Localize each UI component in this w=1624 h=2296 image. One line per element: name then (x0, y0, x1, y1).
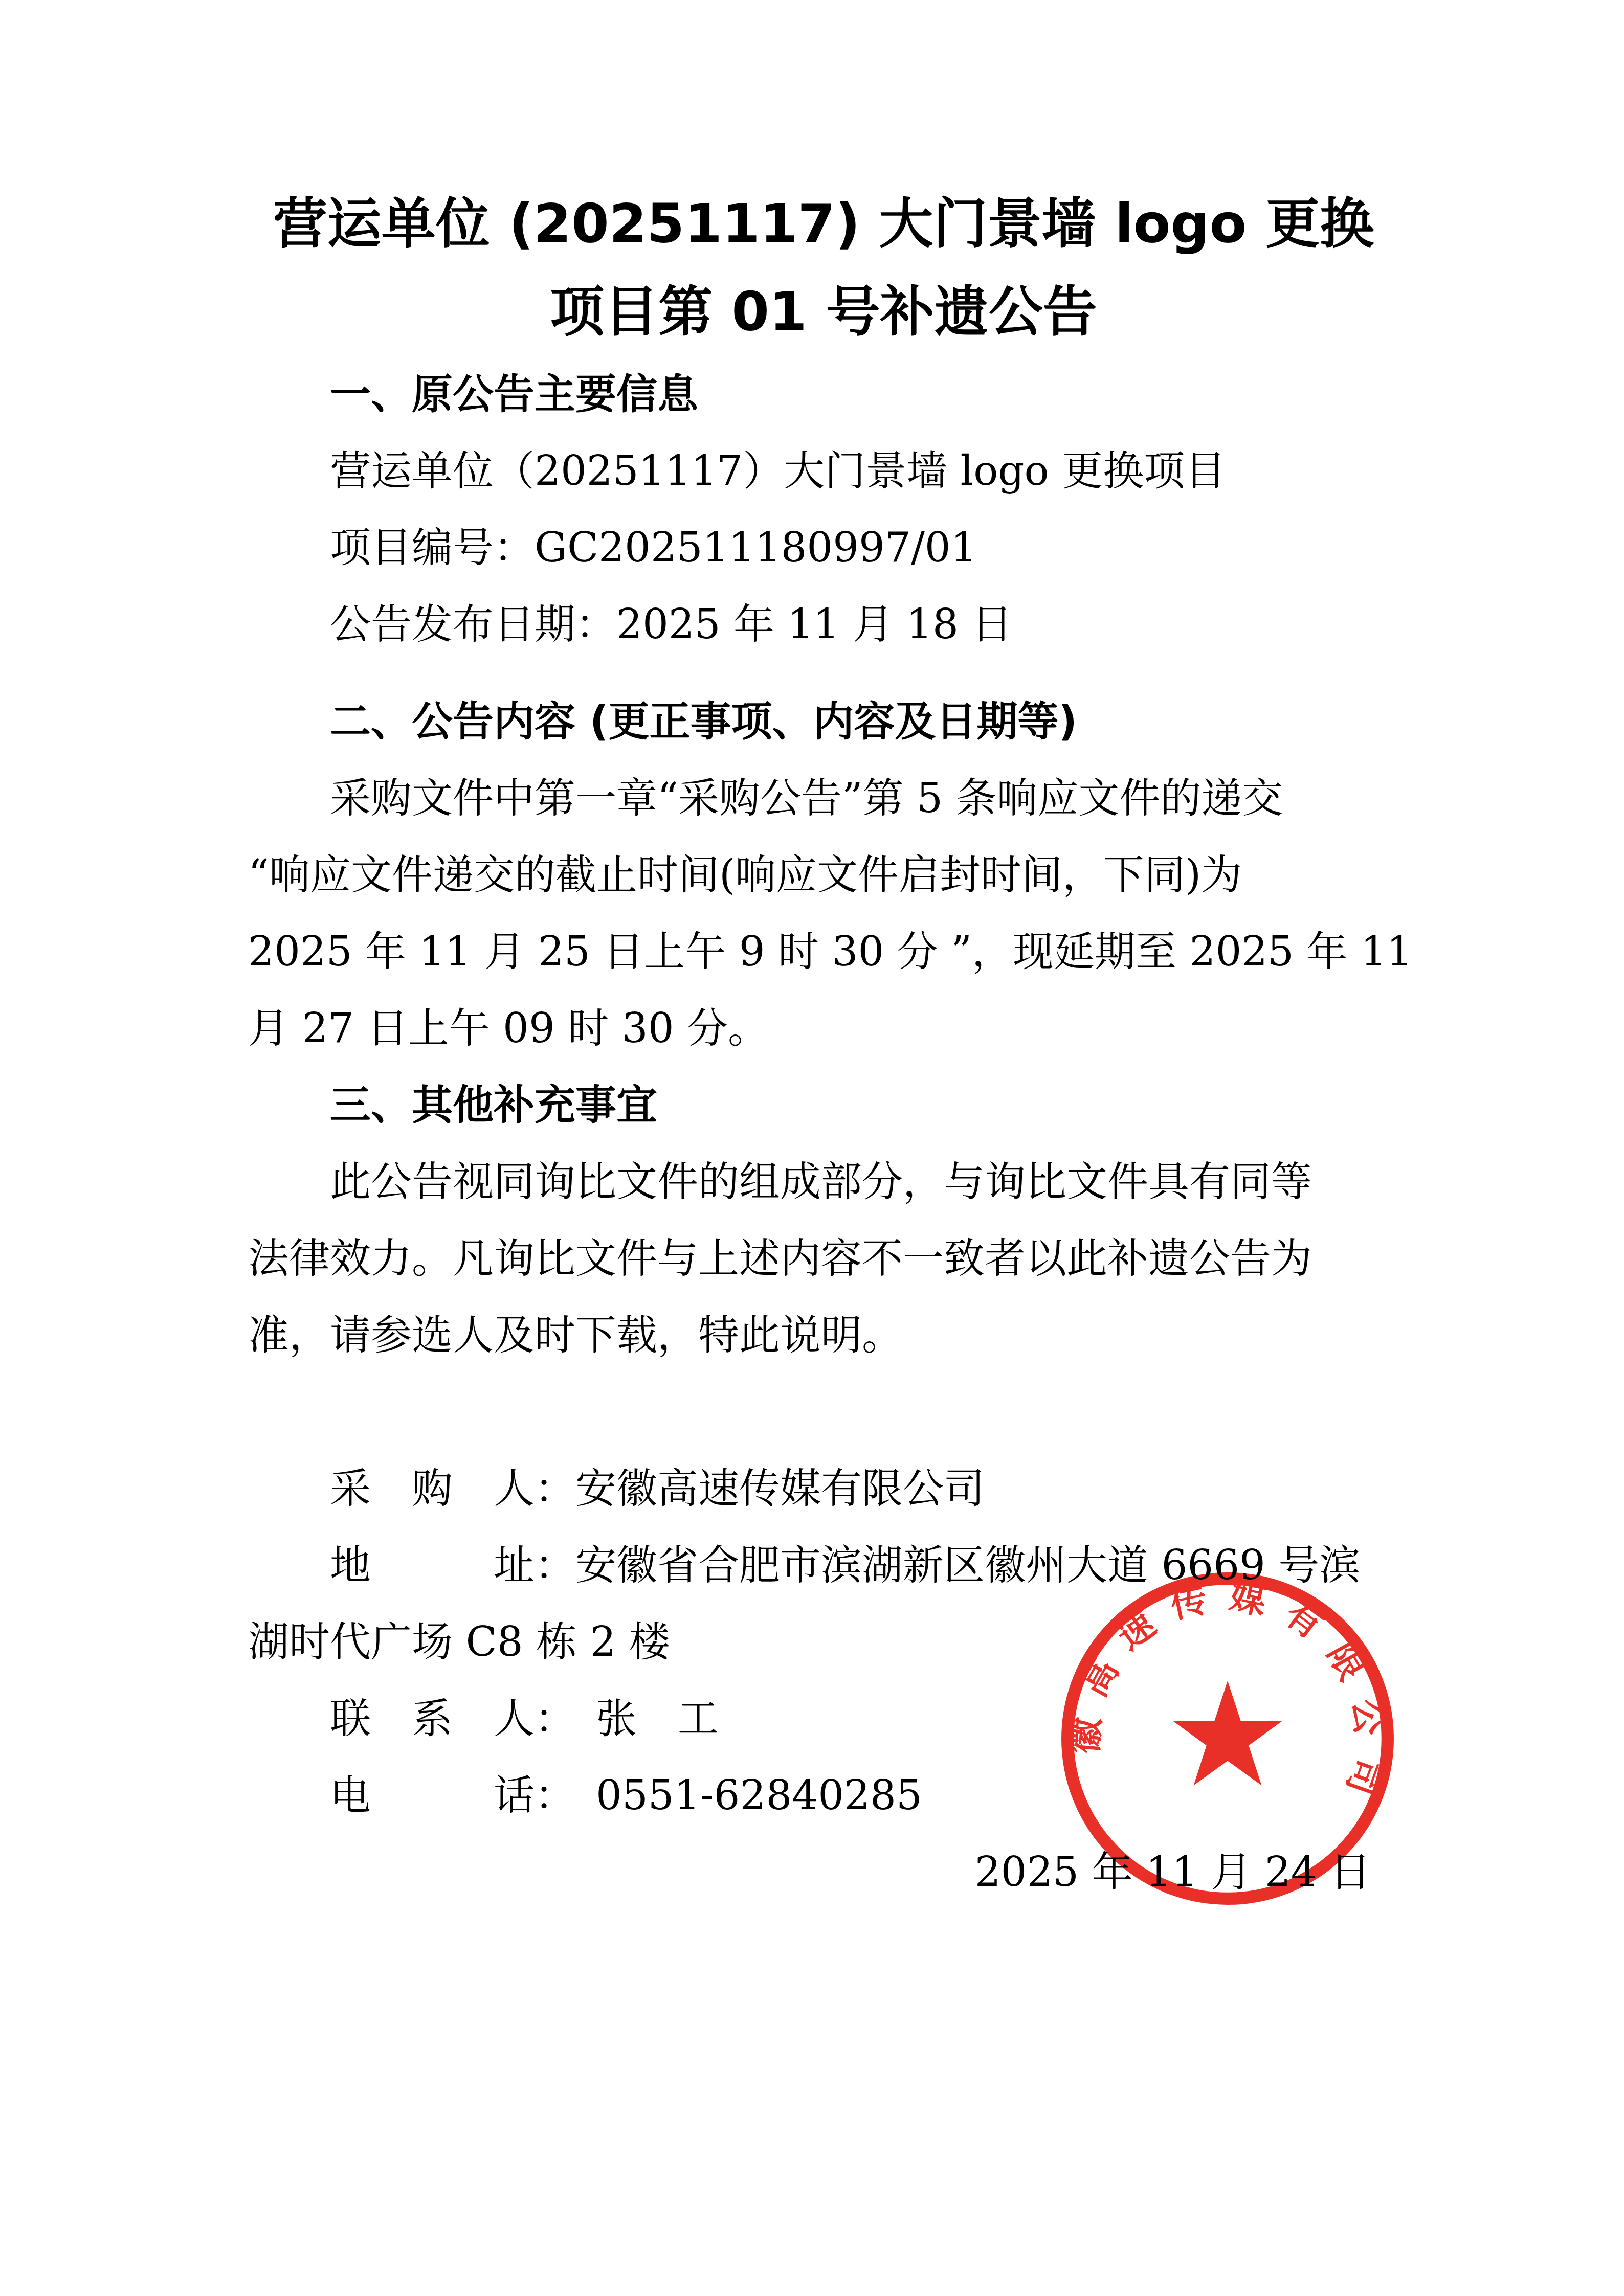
section2-heading: 二、公告内容 (更正事项、内容及日期等) (248, 683, 1399, 760)
section2-paragraph-line: 2025 年 11 月 25 日上午 9 时 30 分 ”，现延期至 2025 … (248, 913, 1399, 990)
document-page: 营运单位 (20251117) 大门景墙 logo 更换 项目第 01 号补遗公… (0, 0, 1624, 2296)
section3-paragraph-line: 法律效力。凡询比文件与上述内容不一致者以此补遗公告为 (248, 1220, 1399, 1297)
section2-paragraph-line: 月 27 日上午 09 时 30 分。 (248, 990, 1399, 1067)
buyer-line: 采 购 人：安徽高速传媒有限公司 (248, 1450, 1399, 1527)
publish-date-line: 公告发布日期：2025 年 11 月 18 日 (248, 586, 1399, 663)
seal-star-icon (1173, 1681, 1283, 1785)
title-line-1: 营运单位 (20251117) 大门景墙 logo 更换 (248, 180, 1399, 268)
project-name-line: 营运单位（20251117）大门景墙 logo 更换项目 (248, 433, 1399, 509)
section3-heading: 三、其他补充事宜 (248, 1067, 1399, 1143)
section3-paragraph-line: 准，请参选人及时下载，特此说明。 (248, 1297, 1399, 1374)
section1-heading: 一、原公告主要信息 (248, 356, 1399, 433)
section3-paragraph-line: 此公告视同询比文件的组成部分，与询比文件具有同等 (248, 1143, 1399, 1220)
project-number-line: 项目编号：GC202511180997/01 (248, 509, 1399, 586)
company-seal: 安徽高速传媒有限公司 (1060, 1571, 1395, 1906)
title-line-2: 项目第 01 号补遗公告 (248, 268, 1399, 356)
section2-paragraph-line: “响应文件递交的截止时间(响应文件启封时间，下同)为 (248, 837, 1399, 913)
document-title: 营运单位 (20251117) 大门景墙 logo 更换 项目第 01 号补遗公… (248, 180, 1399, 356)
section2-paragraph-line: 采购文件中第一章“采购公告”第 5 条响应文件的递交 (248, 760, 1399, 837)
